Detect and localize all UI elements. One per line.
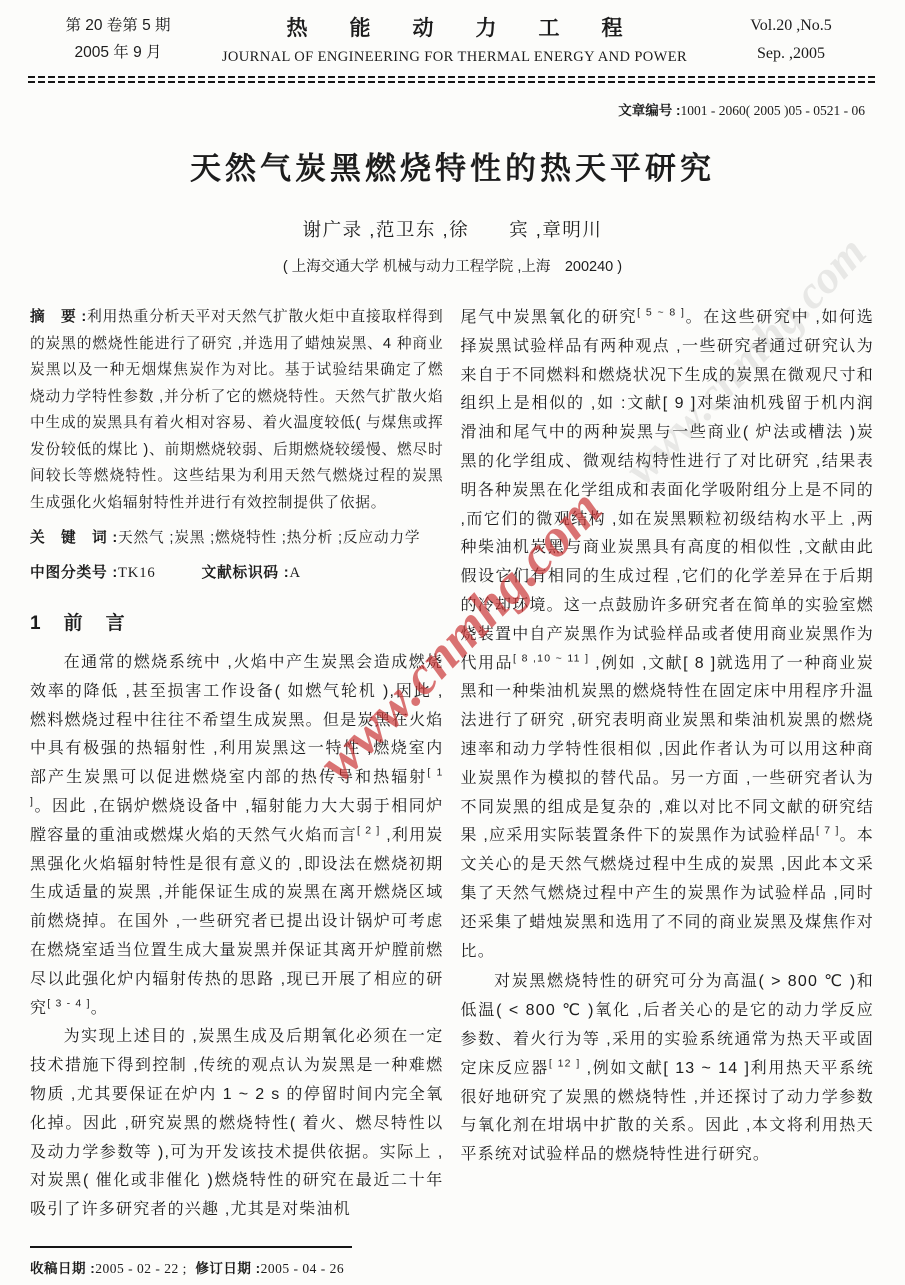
received-date-value: 2005 - 02 - 22 ; (95, 1261, 187, 1276)
received-revised-dates: 收稿日期 :2005 - 02 - 22 ; 修订日期 :2005 - 04 -… (30, 1257, 470, 1277)
journal-title-en: JOURNAL OF ENGINEERING FOR THERMAL ENERG… (198, 49, 711, 66)
header-vol-block: Vol.20 ,No.5 Sep. ,2005 (711, 12, 871, 68)
doc-code-value: A (290, 565, 301, 581)
footnote: 收稿日期 :2005 - 02 - 22 ; 修订日期 :2005 - 04 -… (30, 1246, 470, 1277)
header-issue-block: 第 20 卷第 5 期 2005 年 9 月 (38, 12, 198, 66)
keywords-text: 天然气 ;炭黑 ;燃烧特性 ;热分析 ;反应动力学 (118, 530, 420, 546)
header-journal-block: 热能动力工程 JOURNAL OF ENGINEERING FOR THERMA… (198, 12, 711, 66)
section-1-paragraph-1: 在通常的燃烧系统中 ,火焰中产生炭黑会造成燃烧效率的降低 ,甚至损害工作设备( … (30, 649, 444, 1023)
right-column-paragraph-2: 对炭黑燃烧特性的研究可分为高温( > 800 ℃ )和低温( < 800 ℃ )… (461, 968, 875, 1170)
affiliation: ( 上海交通大学 机械与动力工程学院 ,上海 200240 ) (0, 255, 905, 276)
header-double-rule (28, 76, 877, 83)
footnote-rule (30, 1246, 352, 1248)
keywords-label: 关 键 词 : (30, 530, 118, 546)
paper-title: 天然气炭黑燃烧特性的热天平研究 (0, 143, 905, 188)
journal-page: 第 20 卷第 5 期 2005 年 9 月 热能动力工程 JOURNAL OF… (0, 0, 905, 1285)
journal-date-en: Sep. ,2005 (711, 40, 871, 68)
received-date-label: 收稿日期 : (30, 1261, 95, 1276)
revised-date-label: 修订日期 : (195, 1261, 260, 1276)
abstract: 摘 要 :利用热重分析天平对天然气扩散火炬中直接取样得到的炭黑的燃烧性能进行了研… (30, 304, 444, 516)
section-1-paragraph-2: 为实现上述目的 ,炭黑生成及后期氧化必须在一定技术措施下得到控制 ,传统的观点认… (30, 1023, 444, 1225)
authors: 谢广录 ,范卫东 ,徐 宾 ,章明川 (0, 216, 905, 242)
doc-code-label: 文献标识码 : (201, 565, 289, 581)
journal-volume-issue-cn: 第 20 卷第 5 期 (38, 12, 198, 39)
clc-value: TK16 (118, 565, 155, 581)
article-number: 文章编号 :1001 - 2060( 2005 )05 - 0521 - 06 (0, 99, 905, 119)
right-column-paragraph-1: 尾气中炭黑氧化的研究[ 5 ~ 8 ]。在这些研究中 ,如何选择炭黑试验样品有两… (461, 304, 875, 966)
article-number-label: 文章编号 : (618, 103, 680, 118)
keywords-line: 关 键 词 :天然气 ;炭黑 ;燃烧特性 ;热分析 ;反应动力学 (30, 525, 444, 551)
abstract-text: 利用热重分析天平对天然气扩散火炬中直接取样得到的炭黑的燃烧性能进行了研究 ,并选… (30, 309, 444, 511)
page-header: 第 20 卷第 5 期 2005 年 9 月 热能动力工程 JOURNAL OF… (0, 0, 905, 68)
abstract-label: 摘 要 : (30, 309, 87, 325)
journal-volume-issue-en: Vol.20 ,No.5 (711, 12, 871, 40)
revised-date-value: 2005 - 04 - 26 (261, 1261, 345, 1276)
right-column: 尾气中炭黑氧化的研究[ 5 ~ 8 ]。在这些研究中 ,如何选择炭黑试验样品有两… (461, 304, 875, 1225)
article-number-value: 1001 - 2060( 2005 )05 - 0521 - 06 (681, 103, 865, 118)
classification-line: 中图分类号 :TK16文献标识码 :A (30, 560, 444, 586)
journal-title-cn: 热能动力工程 (198, 12, 711, 42)
section-1-heading: 1 前 言 (30, 608, 444, 635)
left-column: 摘 要 :利用热重分析天平对天然气扩散火炬中直接取样得到的炭黑的燃烧性能进行了研… (30, 304, 444, 1225)
two-column-body: 摘 要 :利用热重分析天平对天然气扩散火炬中直接取样得到的炭黑的燃烧性能进行了研… (0, 304, 905, 1225)
journal-date-cn: 2005 年 9 月 (38, 39, 198, 66)
clc-label: 中图分类号 : (30, 565, 118, 581)
